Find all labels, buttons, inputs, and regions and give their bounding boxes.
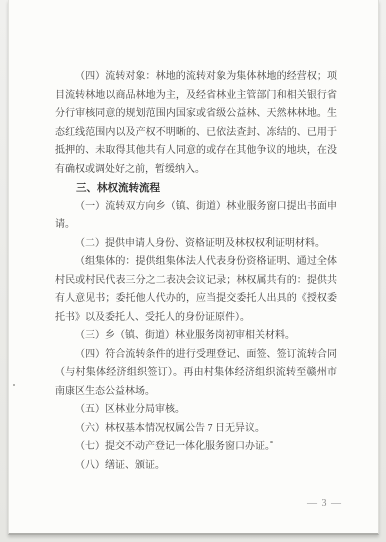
document-body: （四）流转对象：林地的流转对象为集体林地的经营权；项目流转林地以商品林地为主，及… xyxy=(55,68,337,475)
page-number: — 3 — xyxy=(307,498,342,509)
para-step-4-registration-contract: （四）符合流转条件的进行受理登记、面签、签订流转合同（与村集体经济组织签订）。再… xyxy=(55,346,337,402)
para-transfer-objects: （四）流转对象：林地的流转对象为集体林地的经营权；项目流转林地以商品林地为主，及… xyxy=(55,68,337,179)
scan-speck xyxy=(270,441,273,443)
heading-forest-rights-transfer-process: 三、林权流转流程 xyxy=(55,179,337,198)
para-step-8-issue-certificate: （八）缮证、颁证。 xyxy=(55,457,337,476)
scanned-page: （四）流转对象：林地的流转对象为集体林地的经营权；项目流转林地以商品林地为主，及… xyxy=(8,0,379,535)
scanned-document-background: （四）流转对象：林地的流转对象为集体林地的经营权；项目流转林地以商品林地为主，及… xyxy=(0,0,386,542)
para-step-3-initial-review: （三）乡（镇、街道）林业服务岗初审相关材料。 xyxy=(55,327,337,346)
para-step-2-collective-note: （组集体的：提供组集体法人代表身份资格证明、通过全体村民或村民代表三分之二表决会… xyxy=(55,253,337,327)
para-step-5-district-bureau-review: （五）区林业分局审核。 xyxy=(55,401,337,420)
para-step-7-certificate-window: （七）提交不动产登记一体化服务窗口办证。 xyxy=(55,438,337,457)
para-step-2-identity-materials: （二）提供申请人身份、资格证明及林权权利证明材料。 xyxy=(55,235,337,254)
scan-speck xyxy=(13,384,15,386)
para-step-6-public-notice: （六）林权基本情况权属公告 7 日无异议。 xyxy=(55,420,337,439)
para-step-1-written-application: （一）流转双方向乡（镇、街道）林业服务窗口提出书面申请。 xyxy=(55,198,337,235)
